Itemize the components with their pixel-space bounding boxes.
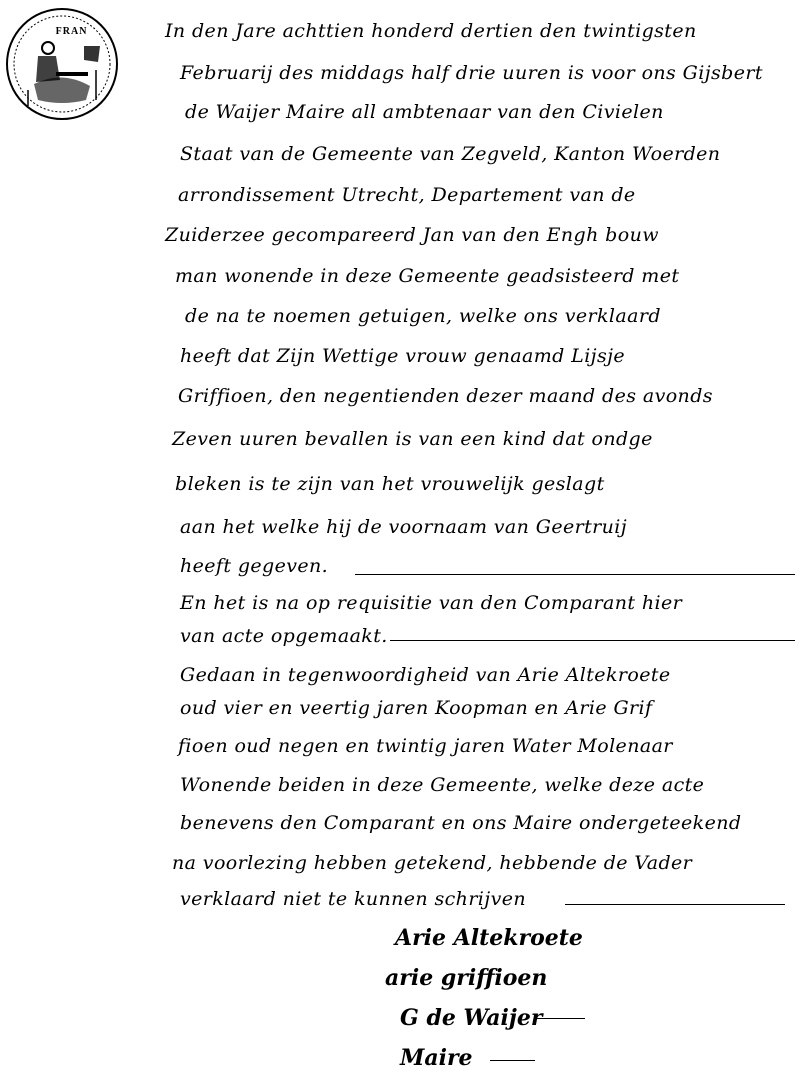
- text-line: heeft dat Zijn Wettige vrouw genaamd Lij…: [180, 345, 625, 367]
- text-line: de na te noemen getuigen, welke ons verk…: [185, 305, 661, 327]
- signature-witness-1: Arie Altekroete: [395, 925, 583, 951]
- signature-flourish: [535, 1018, 585, 1019]
- text-line: bleken is te zijn van het vrouwelijk ges…: [175, 473, 605, 495]
- text-line: Staat van de Gemeente van Zegveld, Kanto…: [180, 143, 720, 165]
- text-line: Zuiderzee gecompareerd Jan van den Engh …: [165, 224, 659, 246]
- text-line: van acte opgemaakt.: [180, 625, 388, 647]
- text-line: benevens den Comparant en ons Maire onde…: [180, 812, 741, 834]
- text-line: arrondissement Utrecht, Departement van …: [178, 184, 636, 206]
- signature-maire: G de Waijer: [400, 1005, 542, 1031]
- text-line: Griffioen, den negentienden dezer maand …: [178, 385, 713, 407]
- text-line: na voorlezing hebben getekend, hebbende …: [172, 852, 692, 874]
- text-line: Februarij des middags half drie uuren is…: [180, 62, 763, 84]
- signature-title: Maire: [400, 1045, 473, 1071]
- text-line: En het is na op requisitie van den Compa…: [180, 592, 682, 614]
- text-line: fioen oud negen en twintig jaren Water M…: [178, 735, 673, 757]
- text-line: In den Jare achttien honderd dertien den…: [165, 20, 697, 42]
- text-line: heeft gegeven.: [180, 555, 328, 577]
- stamp-label: FRAN: [56, 26, 88, 37]
- fill-line: [355, 574, 795, 575]
- fill-line: [390, 640, 795, 641]
- tax-stamp: FRAN: [6, 8, 118, 120]
- text-line: oud vier en veertig jaren Koopman en Ari…: [180, 697, 652, 719]
- signature-flourish: [490, 1060, 535, 1061]
- fill-line: [565, 904, 785, 905]
- text-line: Zeven uuren bevallen is van een kind dat…: [172, 428, 653, 450]
- text-line: Gedaan in tegenwoordigheid van Arie Alte…: [180, 664, 671, 686]
- text-line: Wonende beiden in deze Gemeente, welke d…: [180, 774, 704, 796]
- text-line: aan het welke hij de voornaam van Geertr…: [180, 516, 627, 538]
- text-line: man wonende in deze Gemeente geadsisteer…: [175, 265, 679, 287]
- signature-witness-2: arie griffioen: [385, 965, 547, 991]
- text-line: verklaard niet te kunnen schrijven: [180, 888, 526, 910]
- document-page: FRAN In den Jare achttien honderd dertie…: [0, 0, 800, 1091]
- text-line: de Waijer Maire all ambtenaar van den Ci…: [185, 101, 664, 123]
